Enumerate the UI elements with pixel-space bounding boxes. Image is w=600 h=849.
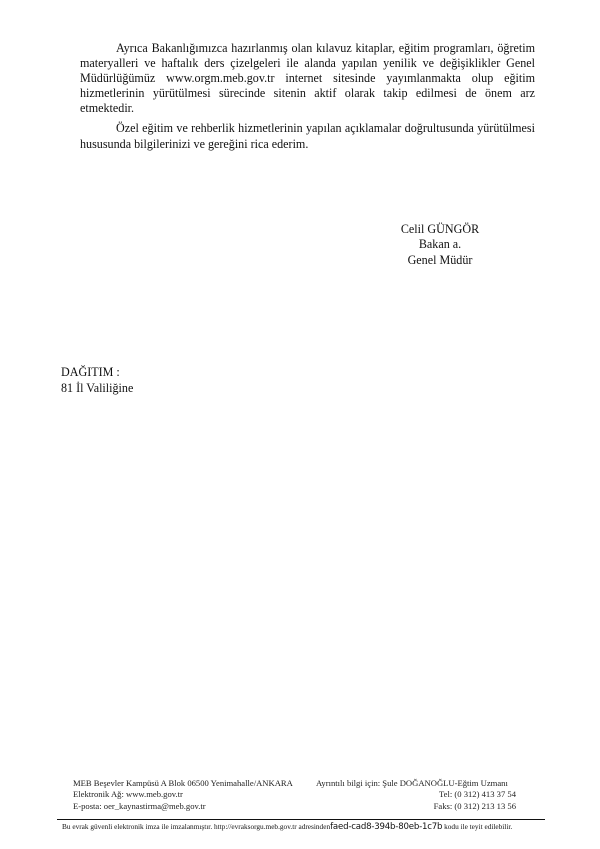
verification-prefix: Bu evrak güvenli elektronik imza ile imz… [62,822,330,831]
footer-divider [57,819,545,820]
footer-address: MEB Beşevler Kampüsü A Blok 06500 Yenima… [73,778,293,789]
signatory-on-behalf: Bakan a. [380,237,500,252]
paragraph-curriculum-resources: Ayrıca Bakanlığımızca hazırlanmış olan k… [80,41,535,116]
verification-notice: Bu evrak güvenli elektronik imza ile imz… [62,822,512,832]
footer-network: Elektronik Ağ: www.meb.gov.tr [73,789,293,800]
signatory-name: Celil GÜNGÖR [380,222,500,237]
footer-fax: Faks: (0 312) 213 13 56 [320,801,516,812]
paragraph-request: Özel eğitim ve rehberlik hizmetlerinin y… [80,121,535,151]
footer-contact-block: Ayrıntılı bilgi için: Şule DOĞANOĞLU-Eğt… [320,778,516,812]
signature-block: Celil GÜNGÖR Bakan a. Genel Müdür [380,222,500,268]
verification-suffix: kodu ile teyit edilebilir. [442,822,512,831]
document-page: Ayrıca Bakanlığımızca hazırlanmış olan k… [0,0,600,849]
distribution-recipient: 81 İl Valiliğine [61,381,133,397]
distribution-label: DAĞITIM : [61,365,133,381]
distribution-block: DAĞITIM : 81 İl Valiliğine [61,365,133,396]
signatory-title: Genel Müdür [380,253,500,268]
footer-email: E-posta: oer_kaynastirma@meb.gov.tr [73,801,293,812]
footer-phone: Tel: (0 312) 413 37 54 [320,789,516,800]
verification-code: faed-cad8-394b-80eb-1c7b [330,822,442,832]
letter-body: Ayrıca Bakanlığımızca hazırlanmış olan k… [80,41,535,152]
footer-contact-person: Ayrıntılı bilgi için: Şule DOĞANOĞLU-Eğt… [316,778,516,789]
footer-address-block: MEB Beşevler Kampüsü A Blok 06500 Yenima… [73,778,293,812]
